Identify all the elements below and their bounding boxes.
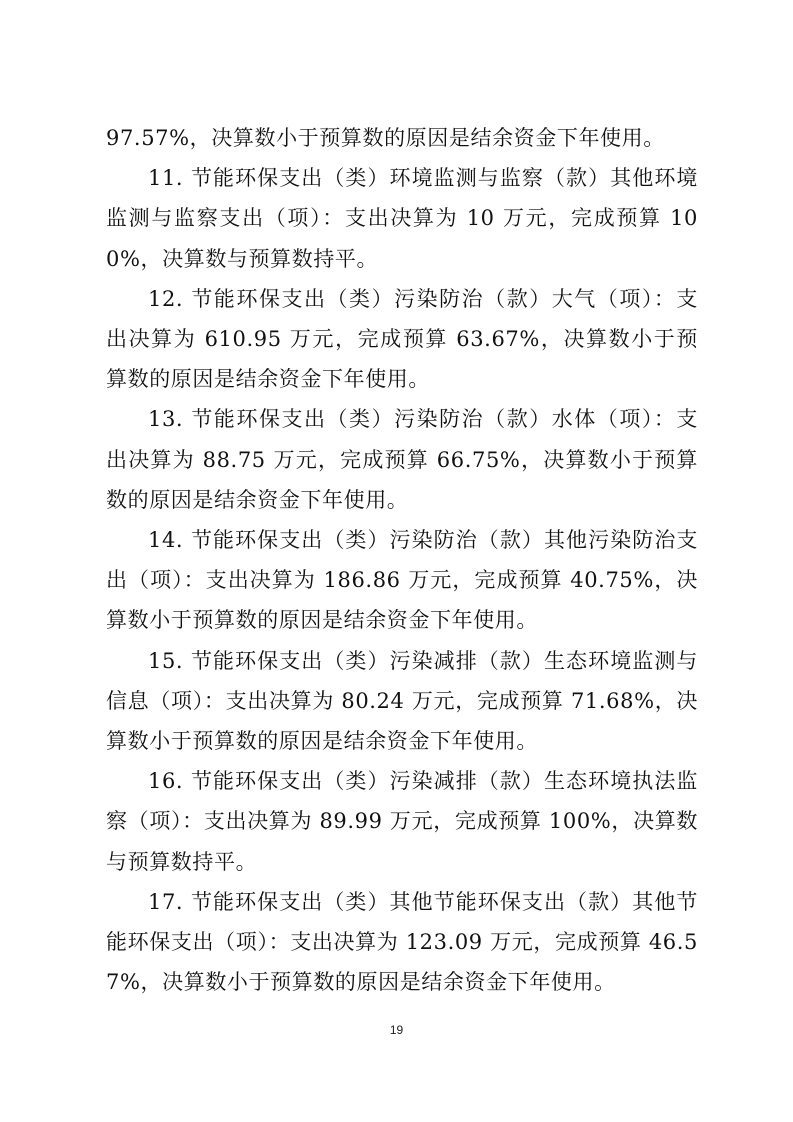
- paragraph-item-11: 11. 节能环保支出（类）环境监测与监察（款）其他环境监测与监察支出（项）：支出…: [106, 158, 698, 279]
- page-number: 19: [0, 1023, 793, 1037]
- document-body: 97.57%，决算数小于预算数的原因是结余资金下年使用。 11. 节能环保支出（…: [106, 118, 698, 1002]
- paragraph-item-17: 17. 节能环保支出（类）其他节能环保支出（款）其他节能环保支出（项）：支出决算…: [106, 882, 698, 1003]
- paragraph-item-15: 15. 节能环保支出（类）污染减排（款）生态环境监测与信息（项）：支出决算为 8…: [106, 641, 698, 762]
- paragraph-item-12: 12. 节能环保支出（类）污染防治（款）大气（项）：支出决算为 610.95 万…: [106, 279, 698, 400]
- paragraph-item-13: 13. 节能环保支出（类）污染防治（款）水体（项）：支出决算为 88.75 万元…: [106, 399, 698, 520]
- paragraph-item-14: 14. 节能环保支出（类）污染防治（款）其他污染防治支出（项）：支出决算为 18…: [106, 520, 698, 641]
- paragraph-item-16: 16. 节能环保支出（类）污染减排（款）生态环境执法监察（项）：支出决算为 89…: [106, 761, 698, 882]
- paragraph-continuation: 97.57%，决算数小于预算数的原因是结余资金下年使用。: [106, 118, 698, 158]
